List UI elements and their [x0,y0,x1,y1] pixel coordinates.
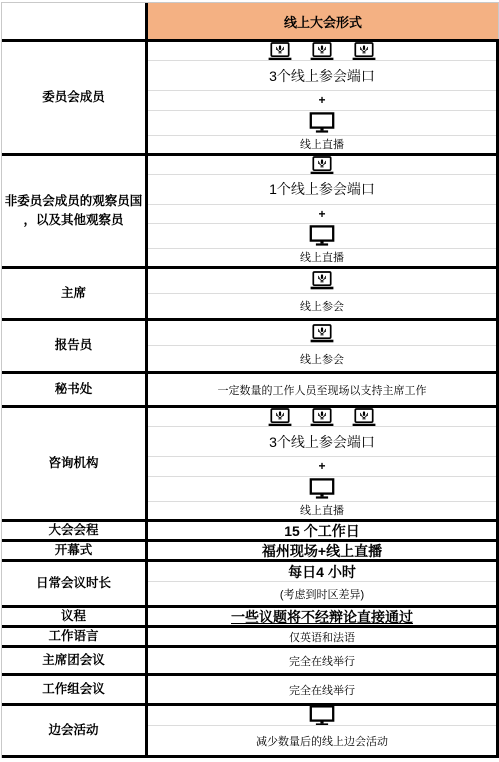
cell-text: + [148,204,496,223]
laptop-mic-icon [309,324,335,343]
icon-line [148,706,496,725]
table-row: 报告员线上参会 [2,321,499,374]
monitor-icon [309,478,335,499]
cell-text: + [148,90,496,109]
monitor-icon [309,225,335,246]
row-label: 大会会程 [2,522,148,539]
header-empty-cell [2,3,148,39]
row-label: 委员会成员 [2,42,148,153]
table-row: 委员会成员3个线上参会端口+线上直播 [2,42,499,156]
cell-text: 仅英语和法语 [148,628,496,645]
row-label: 日常会议时长 [2,562,148,605]
icon-line [148,223,496,248]
table-row: 主席团会议完全在线举行 [2,648,499,676]
row-content: 福州现场+线上直播 [148,542,499,559]
table-row: 日常会议时长每日4 小时(考虑到时区差异) [2,562,499,608]
cell-text: 完全在线举行 [148,676,496,703]
cell-text: 线上直播 [148,248,496,266]
laptop-mic-icon [309,42,335,61]
laptop-mic-icon [267,42,293,61]
monitor-icon [309,706,335,726]
cell-text: 一定数量的工作人员至现场以支持主席工作 [148,374,496,405]
cell-text: + [148,456,496,475]
laptop-mic-icon [267,408,293,427]
icon-line [148,476,496,501]
row-content: 3个线上参会端口+线上直播 [148,408,499,519]
row-label: 秘书处 [2,374,148,405]
row-content: 线上参会 [148,321,499,371]
laptop-mic-icon [351,42,377,61]
cell-text: 3个线上参会端口 [148,60,496,90]
icon-line [148,321,496,345]
row-label: 报告员 [2,321,148,371]
row-label: 主席 [2,269,148,318]
row-label: 非委员会成员的观察员国 ，以及其他观察员 [2,156,148,266]
row-content: 每日4 小时(考虑到时区差异) [148,562,499,605]
row-label: 边会活动 [2,706,148,755]
laptop-mic-icon [309,271,335,290]
table-row: 秘书处一定数量的工作人员至现场以支持主席工作 [2,374,499,408]
conference-format-table: 线上大会形式 委员会成员3个线上参会端口+线上直播非委员会成员的观察员国 ，以及… [1,2,499,758]
table-row: 大会会程15 个工作日 [2,522,499,542]
cell-text: 减少数量后的线上边会活动 [148,725,496,755]
icon-line [148,110,496,135]
cell-text: 每日4 小时 [148,562,496,581]
cell-text: 线上参会 [148,345,496,371]
table-row: 非委员会成员的观察员国 ，以及其他观察员1个线上参会端口+线上直播 [2,156,499,269]
cell-text: 线上直播 [148,501,496,519]
table-row: 工作语言仅英语和法语 [2,628,499,648]
row-label: 主席团会议 [2,648,148,673]
cell-text: (考虑到时区差异) [148,581,496,605]
row-content: 线上参会 [148,269,499,318]
row-content: 一些议题将不经辩论直接通过 [148,608,499,625]
row-label: 工作组会议 [2,676,148,703]
icon-line [148,156,496,174]
row-content: 15 个工作日 [148,522,499,539]
row-content: 1个线上参会端口+线上直播 [148,156,499,266]
row-content: 完全在线举行 [148,676,499,703]
table-title: 线上大会形式 [148,3,499,39]
cell-text: 福州现场+线上直播 [148,542,496,559]
row-content: 一定数量的工作人员至现场以支持主席工作 [148,374,499,405]
cell-text: 一些议题将不经辩论直接通过 [148,608,496,625]
table-row: 咨询机构3个线上参会端口+线上直播 [2,408,499,522]
row-content: 3个线上参会端口+线上直播 [148,42,499,153]
laptop-mic-icon [351,408,377,427]
table-row: 开幕式福州现场+线上直播 [2,542,499,562]
icon-line [148,42,496,60]
laptop-mic-icon [309,408,335,427]
table-row: 工作组会议完全在线举行 [2,676,499,706]
table-body: 委员会成员3个线上参会端口+线上直播非委员会成员的观察员国 ，以及其他观察员1个… [2,42,499,758]
row-content: 仅英语和法语 [148,628,499,645]
row-label: 工作语言 [2,628,148,645]
row-label: 咨询机构 [2,408,148,519]
cell-text: 完全在线举行 [148,648,496,673]
icon-line [148,269,496,293]
table-row: 议程一些议题将不经辩论直接通过 [2,608,499,628]
row-content: 完全在线举行 [148,648,499,673]
table-row: 主席线上参会 [2,269,499,321]
table-row: 边会活动减少数量后的线上边会活动 [2,706,499,758]
cell-text: 线上直播 [148,135,496,153]
cell-text: 1个线上参会端口 [148,174,496,204]
header-row: 线上大会形式 [2,3,499,42]
row-content: 减少数量后的线上边会活动 [148,706,499,755]
row-label: 议程 [2,608,148,625]
monitor-icon [309,112,335,133]
cell-text: 线上参会 [148,293,496,318]
icon-line [148,408,496,426]
cell-text: 15 个工作日 [148,522,496,539]
laptop-mic-icon [309,156,335,175]
cell-text: 3个线上参会端口 [148,426,496,456]
row-label: 开幕式 [2,542,148,559]
